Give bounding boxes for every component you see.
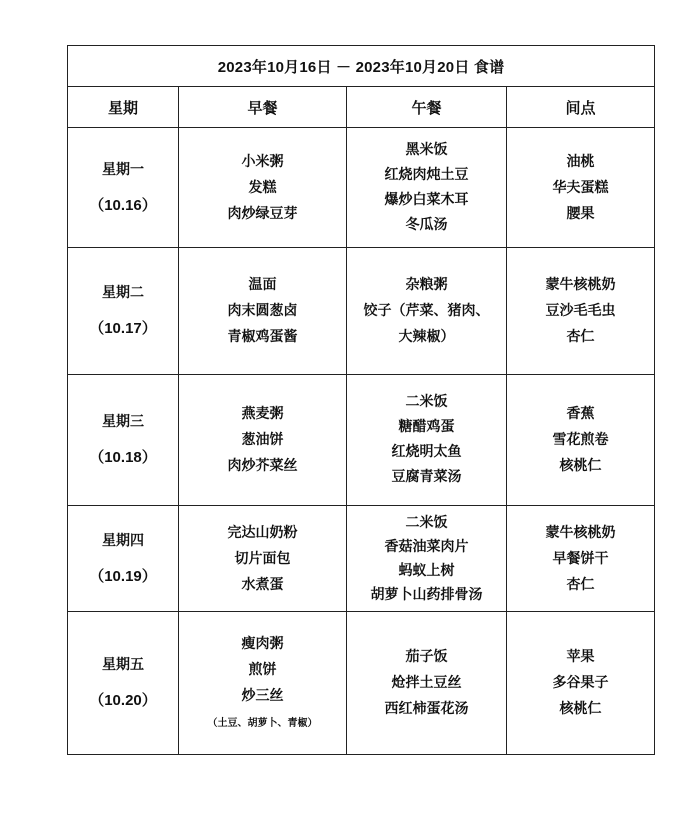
breakfast-cell: 小米粥 发糕 肉炒绿豆芽 [179,128,347,248]
menu-item: 二米饭 [347,511,506,535]
menu-item: 红烧肉炖土豆 [347,163,506,188]
menu-item: 杏仁 [507,324,654,350]
menu-item: 糖醋鸡蛋 [347,415,506,440]
menu-item: 完达山奶粉 [179,520,346,546]
header-row: 星期 早餐 午餐 间点 [68,87,655,128]
menu-item: 燕麦粥 [179,401,346,427]
day-name: 星期一 [68,160,178,180]
day-date: （10.18） [68,448,178,468]
menu-item: 葱油饼 [179,427,346,453]
lunch-cell: 茄子饭 炝拌土豆丝 西红柿蛋花汤 [347,612,507,755]
snack-cell: 香蕉 雪花煎卷 核桃仁 [507,375,655,506]
snack-cell: 油桃 华夫蛋糕 腰果 [507,128,655,248]
menu-item: 杏仁 [507,572,654,598]
menu-item: 肉末圆葱卤 [179,298,346,324]
day-date: （10.19） [68,567,178,587]
menu-title: 2023年10月16日 － 2023年10月20日 食谱 [68,46,655,87]
menu-item: 青椒鸡蛋酱 [179,324,346,350]
day-date: （10.16） [68,196,178,216]
menu-item: 核桃仁 [507,696,654,722]
menu-item: 蒙牛核桃奶 [507,272,654,298]
menu-item: 早餐饼干 [507,546,654,572]
menu-item-note: （土豆、胡萝卜、青椒） [179,713,346,735]
menu-item: 蚂蚁上树 [347,559,506,583]
breakfast-cell: 完达山奶粉 切片面包 水煮蛋 [179,506,347,612]
breakfast-cell: 温面 肉末圆葱卤 青椒鸡蛋酱 [179,248,347,375]
menu-item: 二米饭 [347,390,506,415]
menu-item: 温面 [179,272,346,298]
table-row-friday: 星期五 （10.20） 瘦肉粥 煎饼 炒三丝 （土豆、胡萝卜、青椒） 茄子饭 炝… [68,612,655,755]
menu-item: 香菇油菜肉片 [347,535,506,559]
menu-item: 发糕 [179,175,346,201]
day-name: 星期二 [68,283,178,303]
menu-item: 核桃仁 [507,453,654,479]
snack-cell: 蒙牛核桃奶 早餐饼干 杏仁 [507,506,655,612]
menu-item: 肉炒绿豆芽 [179,201,346,227]
menu-item: 瘦肉粥 [179,631,346,657]
menu-item: 杂粮粥 [347,272,506,298]
day-name: 星期四 [68,531,178,551]
menu-item: 爆炒白菜木耳 [347,188,506,213]
lunch-cell: 二米饭 糖醋鸡蛋 红烧明太鱼 豆腐青菜汤 [347,375,507,506]
day-name: 星期五 [68,655,178,675]
menu-item: 多谷果子 [507,670,654,696]
header-day: 星期 [68,87,179,128]
menu-item: 茄子饭 [347,644,506,670]
menu-item: 西红柿蛋花汤 [347,696,506,722]
title-row: 2023年10月16日 － 2023年10月20日 食谱 [68,46,655,87]
menu-item: 水煮蛋 [179,572,346,598]
menu-item: 蒙牛核桃奶 [507,520,654,546]
header-lunch: 午餐 [347,87,507,128]
menu-item: 炒三丝 [179,683,346,709]
menu-item: 肉炒芥菜丝 [179,453,346,479]
menu-item: 豆腐青菜汤 [347,465,506,490]
lunch-cell: 二米饭 香菇油菜肉片 蚂蚁上树 胡萝卜山药排骨汤 [347,506,507,612]
weekly-menu-table: 2023年10月16日 － 2023年10月20日 食谱 星期 早餐 午餐 间点… [67,45,655,755]
menu-item: 大辣椒） [347,324,506,350]
menu-item: 小米粥 [179,149,346,175]
day-cell: 星期二 （10.17） [68,248,179,375]
snack-cell: 蒙牛核桃奶 豆沙毛毛虫 杏仁 [507,248,655,375]
menu-item: 苹果 [507,644,654,670]
day-name: 星期三 [68,412,178,432]
table-row-wednesday: 星期三 （10.18） 燕麦粥 葱油饼 肉炒芥菜丝 二米饭 糖醋鸡蛋 红烧明太鱼… [68,375,655,506]
menu-item: 黑米饭 [347,138,506,163]
lunch-cell: 黑米饭 红烧肉炖土豆 爆炒白菜木耳 冬瓜汤 [347,128,507,248]
table-row-monday: 星期一 （10.16） 小米粥 发糕 肉炒绿豆芽 黑米饭 红烧肉炖土豆 爆炒白菜… [68,128,655,248]
menu-item: 炝拌土豆丝 [347,670,506,696]
table-row-thursday: 星期四 （10.19） 完达山奶粉 切片面包 水煮蛋 二米饭 香菇油菜肉片 蚂蚁… [68,506,655,612]
day-cell: 星期四 （10.19） [68,506,179,612]
menu-item: 腰果 [507,201,654,227]
breakfast-cell: 瘦肉粥 煎饼 炒三丝 （土豆、胡萝卜、青椒） [179,612,347,755]
menu-item: 华夫蛋糕 [507,175,654,201]
snack-cell: 苹果 多谷果子 核桃仁 [507,612,655,755]
header-breakfast: 早餐 [179,87,347,128]
menu-item: 香蕉 [507,401,654,427]
menu-item: 切片面包 [179,546,346,572]
day-date: （10.17） [68,319,178,339]
breakfast-cell: 燕麦粥 葱油饼 肉炒芥菜丝 [179,375,347,506]
menu-item: 雪花煎卷 [507,427,654,453]
day-cell: 星期一 （10.16） [68,128,179,248]
menu-item: 煎饼 [179,657,346,683]
menu-item: 红烧明太鱼 [347,440,506,465]
day-date: （10.20） [68,691,178,711]
menu-item: 油桃 [507,149,654,175]
day-cell: 星期五 （10.20） [68,612,179,755]
day-cell: 星期三 （10.18） [68,375,179,506]
lunch-cell: 杂粮粥 饺子（芹菜、猪肉、 大辣椒） [347,248,507,375]
table-row-tuesday: 星期二 （10.17） 温面 肉末圆葱卤 青椒鸡蛋酱 杂粮粥 饺子（芹菜、猪肉、… [68,248,655,375]
menu-item: 冬瓜汤 [347,213,506,238]
menu-item: 豆沙毛毛虫 [507,298,654,324]
header-snack: 间点 [507,87,655,128]
menu-item: 胡萝卜山药排骨汤 [347,583,506,607]
menu-item: 饺子（芹菜、猪肉、 [347,298,506,324]
